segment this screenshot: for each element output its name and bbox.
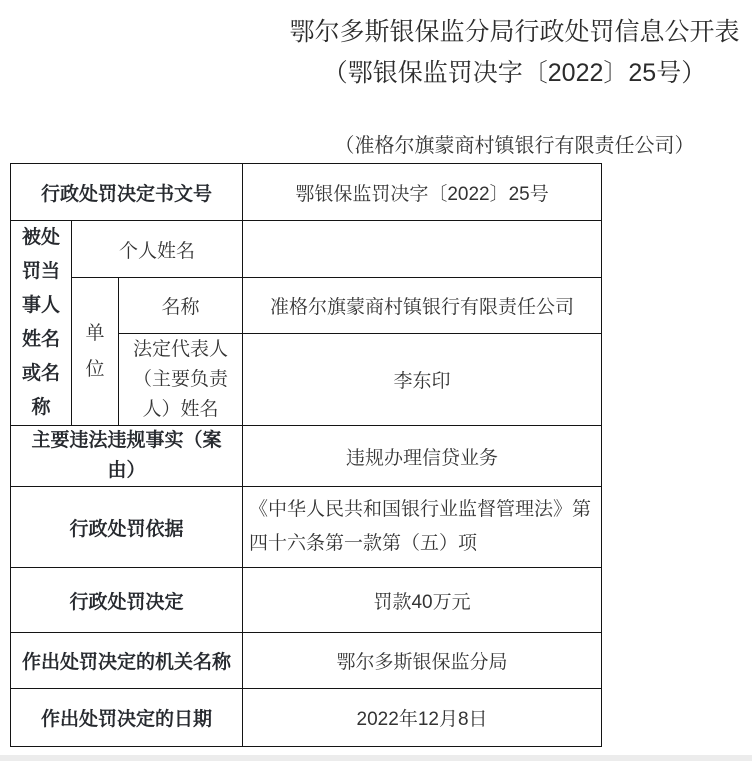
label-unit-name: 名称 — [119, 278, 243, 334]
penalized-party-line: （准格尔旗蒙商村镇银行有限责任公司） — [277, 129, 752, 158]
table-row: 行政处罚决定书文号 鄂银保监罚决字〔2022〕25号 — [11, 164, 602, 221]
bottom-edge-strip — [0, 755, 752, 761]
label-party-name-group: 被处 罚当 事人 姓名 或名 称 — [11, 221, 72, 426]
table-row: 行政处罚决定 罚款40万元 — [11, 568, 602, 633]
label-legal-representative: 法定代表人 （主要负责 人）姓名 — [119, 334, 243, 426]
table-row: 被处 罚当 事人 姓名 或名 称 个人姓名 — [11, 221, 602, 278]
label-deciding-authority: 作出处罚决定的机关名称 — [11, 633, 243, 689]
value-penalty-decision: 罚款40万元 — [243, 568, 602, 633]
label-doc-number: 行政处罚决定书文号 — [11, 164, 243, 221]
value-doc-number: 鄂银保监罚决字〔2022〕25号 — [243, 164, 602, 221]
value-unit-name: 准格尔旗蒙商村镇银行有限责任公司 — [243, 278, 602, 334]
table-row: 作出处罚决定的日期 2022年12月8日 — [11, 689, 602, 747]
label-personal-name: 个人姓名 — [72, 221, 243, 278]
label-penalty-basis: 行政处罚依据 — [11, 487, 243, 568]
label-decision-date: 作出处罚决定的日期 — [11, 689, 243, 747]
value-personal-name — [243, 221, 602, 278]
value-decision-date: 2022年12月8日 — [243, 689, 602, 747]
document-header: 鄂尔多斯银保监分局行政处罚信息公开表 （鄂银保监罚决字〔2022〕25号） （准… — [277, 12, 752, 158]
page-title: 鄂尔多斯银保监分局行政处罚信息公开表 — [277, 12, 752, 53]
value-violation-facts: 违规办理信贷业务 — [243, 426, 602, 487]
penalty-disclosure-table: 行政处罚决定书文号 鄂银保监罚决字〔2022〕25号 被处 罚当 事人 姓名 或… — [10, 163, 602, 747]
label-violation-facts: 主要违法违规事实（案 由） — [11, 426, 243, 487]
value-legal-representative: 李东印 — [243, 334, 602, 426]
value-deciding-authority: 鄂尔多斯银保监分局 — [243, 633, 602, 689]
table-row: 单 位 名称 准格尔旗蒙商村镇银行有限责任公司 — [11, 278, 602, 334]
table-row: 行政处罚依据 《中华人民共和国银行业监督管理法》第 四十六条第一款第（五）项 — [11, 487, 602, 568]
table-row: 作出处罚决定的机关名称 鄂尔多斯银保监分局 — [11, 633, 602, 689]
label-penalty-decision: 行政处罚决定 — [11, 568, 243, 633]
label-unit: 单 位 — [72, 278, 119, 426]
table-row: 主要违法违规事实（案 由） 违规办理信贷业务 — [11, 426, 602, 487]
page-subtitle-doc-number: （鄂银保监罚决字〔2022〕25号） — [277, 53, 752, 93]
value-penalty-basis: 《中华人民共和国银行业监督管理法》第 四十六条第一款第（五）项 — [243, 487, 602, 568]
